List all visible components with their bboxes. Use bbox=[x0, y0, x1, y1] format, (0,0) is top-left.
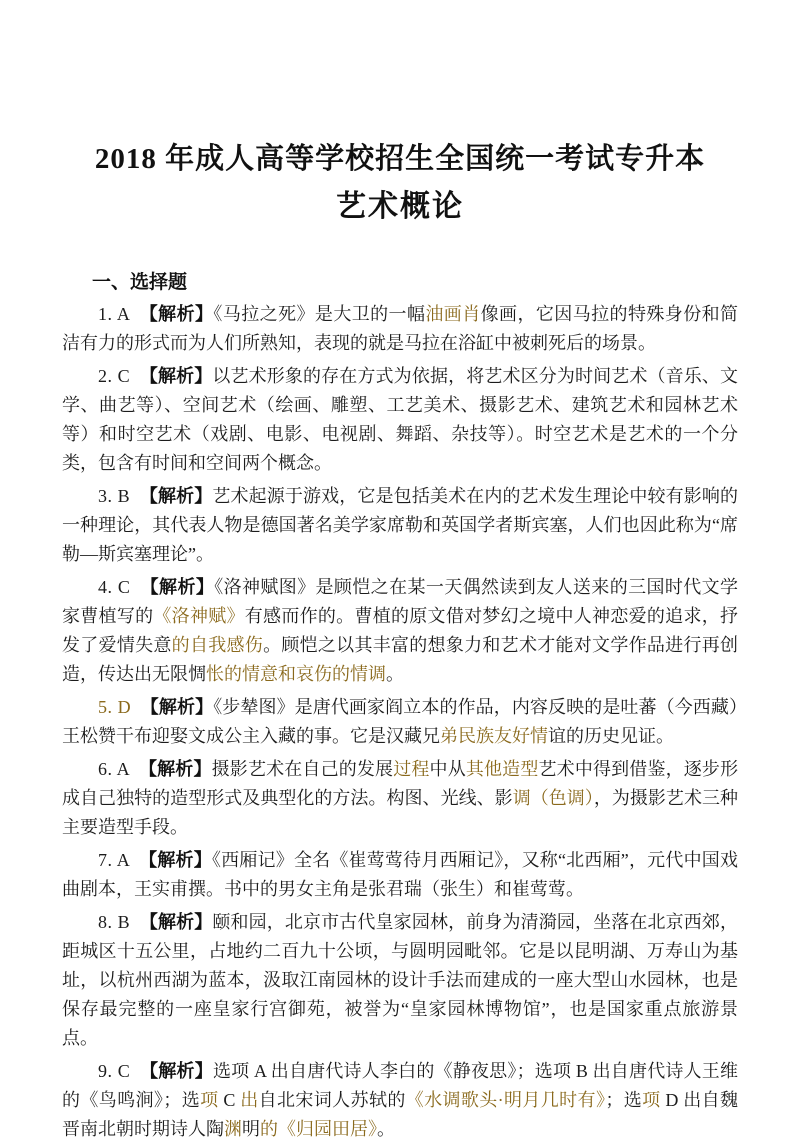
text-segment: 油画肖 bbox=[425, 304, 480, 324]
text-segment: ；选 bbox=[605, 1090, 642, 1110]
answer-label-9: 9. C bbox=[98, 1061, 149, 1081]
answer-label-5: 5. D bbox=[98, 697, 150, 717]
analysis-marker: 【解析】 bbox=[149, 486, 213, 506]
answer-label-2: 2. C bbox=[98, 366, 149, 386]
analysis-marker: 【解析】 bbox=[149, 1061, 213, 1081]
text-segment: 的自我感伤 bbox=[172, 635, 263, 655]
document-title-line1: 2018 年成人高等学校招生全国统一考试专升本 bbox=[62, 136, 738, 183]
text-segment: 《洛神赋》 bbox=[153, 606, 244, 626]
text-segment: 《马拉之死》是大卫的一幅 bbox=[213, 304, 425, 324]
text-segment: 调（色调） bbox=[513, 788, 594, 808]
answer-item-4: 4. C 【解析】《洛神赋图》是顾恺之在某一天偶然读到友人送来的三国时代文学家曹… bbox=[62, 573, 738, 689]
answer-item-3: 3. B 【解析】艺术起源于游戏，它是包括美术在内的艺术发生理论中较有影响的一种… bbox=[62, 482, 738, 569]
text-segment: 怅的情意和哀伤的情调 bbox=[206, 664, 386, 684]
text-segment: 其他造型 bbox=[466, 759, 539, 779]
text-segment: 。 bbox=[377, 1119, 395, 1139]
answer-item-1: 1. A 【解析】《马拉之死》是大卫的一幅油画肖像画，它因马拉的特殊身份和简洁有… bbox=[62, 300, 738, 358]
analysis-marker: 【解析】 bbox=[148, 759, 212, 779]
text-segment: 过程 bbox=[393, 759, 429, 779]
analysis-marker: 【解析】 bbox=[149, 366, 213, 386]
text-segment: 自北宋词人苏轼的 bbox=[259, 1090, 406, 1110]
answer-item-8: 8. B 【解析】颐和园，北京市古代皇家园林，前身为清漪园，坐落在北京西郊，距城… bbox=[62, 908, 738, 1053]
text-segment: 出 bbox=[240, 1090, 258, 1110]
analysis-marker: 【解析】 bbox=[149, 304, 214, 324]
text-segment: 中从 bbox=[430, 759, 466, 779]
text-segment: 渊 bbox=[224, 1119, 242, 1139]
document-title-line2: 艺术概论 bbox=[62, 183, 738, 231]
text-segment: 《水调歌头·明月几时有》 bbox=[406, 1090, 606, 1110]
text-segment: 。 bbox=[386, 664, 404, 684]
analysis-marker: 【解析】 bbox=[150, 577, 215, 597]
answer-label-6: 6. A bbox=[98, 759, 148, 779]
answer-item-7: 7. A 【解析】《西厢记》全名《崔莺莺待月西厢记》，又称“北西厢”，元代中国戏… bbox=[62, 846, 738, 904]
text-segment: 项 bbox=[642, 1090, 660, 1110]
answers-list: 1. A 【解析】《马拉之死》是大卫的一幅油画肖像画，它因马拉的特殊身份和简洁有… bbox=[62, 300, 738, 1144]
text-segment: 颐和园，北京市古代皇家园林，前身为清漪园，坐落在北京西郊，距城区十五公里，占地约… bbox=[62, 912, 738, 1048]
answer-label-4: 4. C bbox=[98, 577, 150, 597]
text-segment: 《归园田居》 bbox=[278, 1119, 377, 1139]
answer-label-8: 8. B bbox=[98, 912, 149, 932]
analysis-marker: 【解析】 bbox=[149, 912, 213, 932]
answer-label-3: 3. B bbox=[98, 486, 149, 506]
analysis-marker: 【解析】 bbox=[148, 850, 212, 870]
answer-item-6: 6. A 【解析】摄影艺术在自己的发展过程中从其他造型艺术中得到借鉴，逐步形成自… bbox=[62, 755, 738, 842]
document-page: 2018 年成人高等学校招生全国统一考试专升本 艺术概论 一、选择题 1. A … bbox=[0, 0, 800, 1145]
text-segment: 谊的历史见证。 bbox=[548, 726, 674, 746]
section-header-multiple-choice: 一、选择题 bbox=[62, 267, 738, 294]
text-segment: 的 bbox=[260, 1119, 278, 1139]
text-segment: C bbox=[218, 1090, 240, 1110]
answer-item-9: 9. C 【解析】选项 A 出自唐代诗人李白的《静夜思》；选项 B 出自唐代诗人… bbox=[62, 1057, 738, 1144]
answer-label-1: 1. A bbox=[98, 304, 149, 324]
text-segment: 项 bbox=[200, 1090, 218, 1110]
answer-label-7: 7. A bbox=[98, 850, 148, 870]
answer-item-5: 5. D 【解析】《步辇图》是唐代画家阎立本的作品，内容反映的是吐蕃（今西藏）王… bbox=[62, 693, 738, 751]
answer-item-2: 2. C 【解析】以艺术形象的存在方式为依据，将艺术区分为时间艺术（音乐、文学、… bbox=[62, 362, 738, 478]
analysis-marker: 【解析】 bbox=[150, 697, 213, 717]
page-title: 2018 年成人高等学校招生全国统一考试专升本 艺术概论 bbox=[62, 136, 738, 231]
text-segment: 弟民族友好情 bbox=[440, 726, 548, 746]
text-segment: 明 bbox=[242, 1119, 260, 1139]
text-segment: 摄影艺术在自己的发展 bbox=[212, 759, 394, 779]
